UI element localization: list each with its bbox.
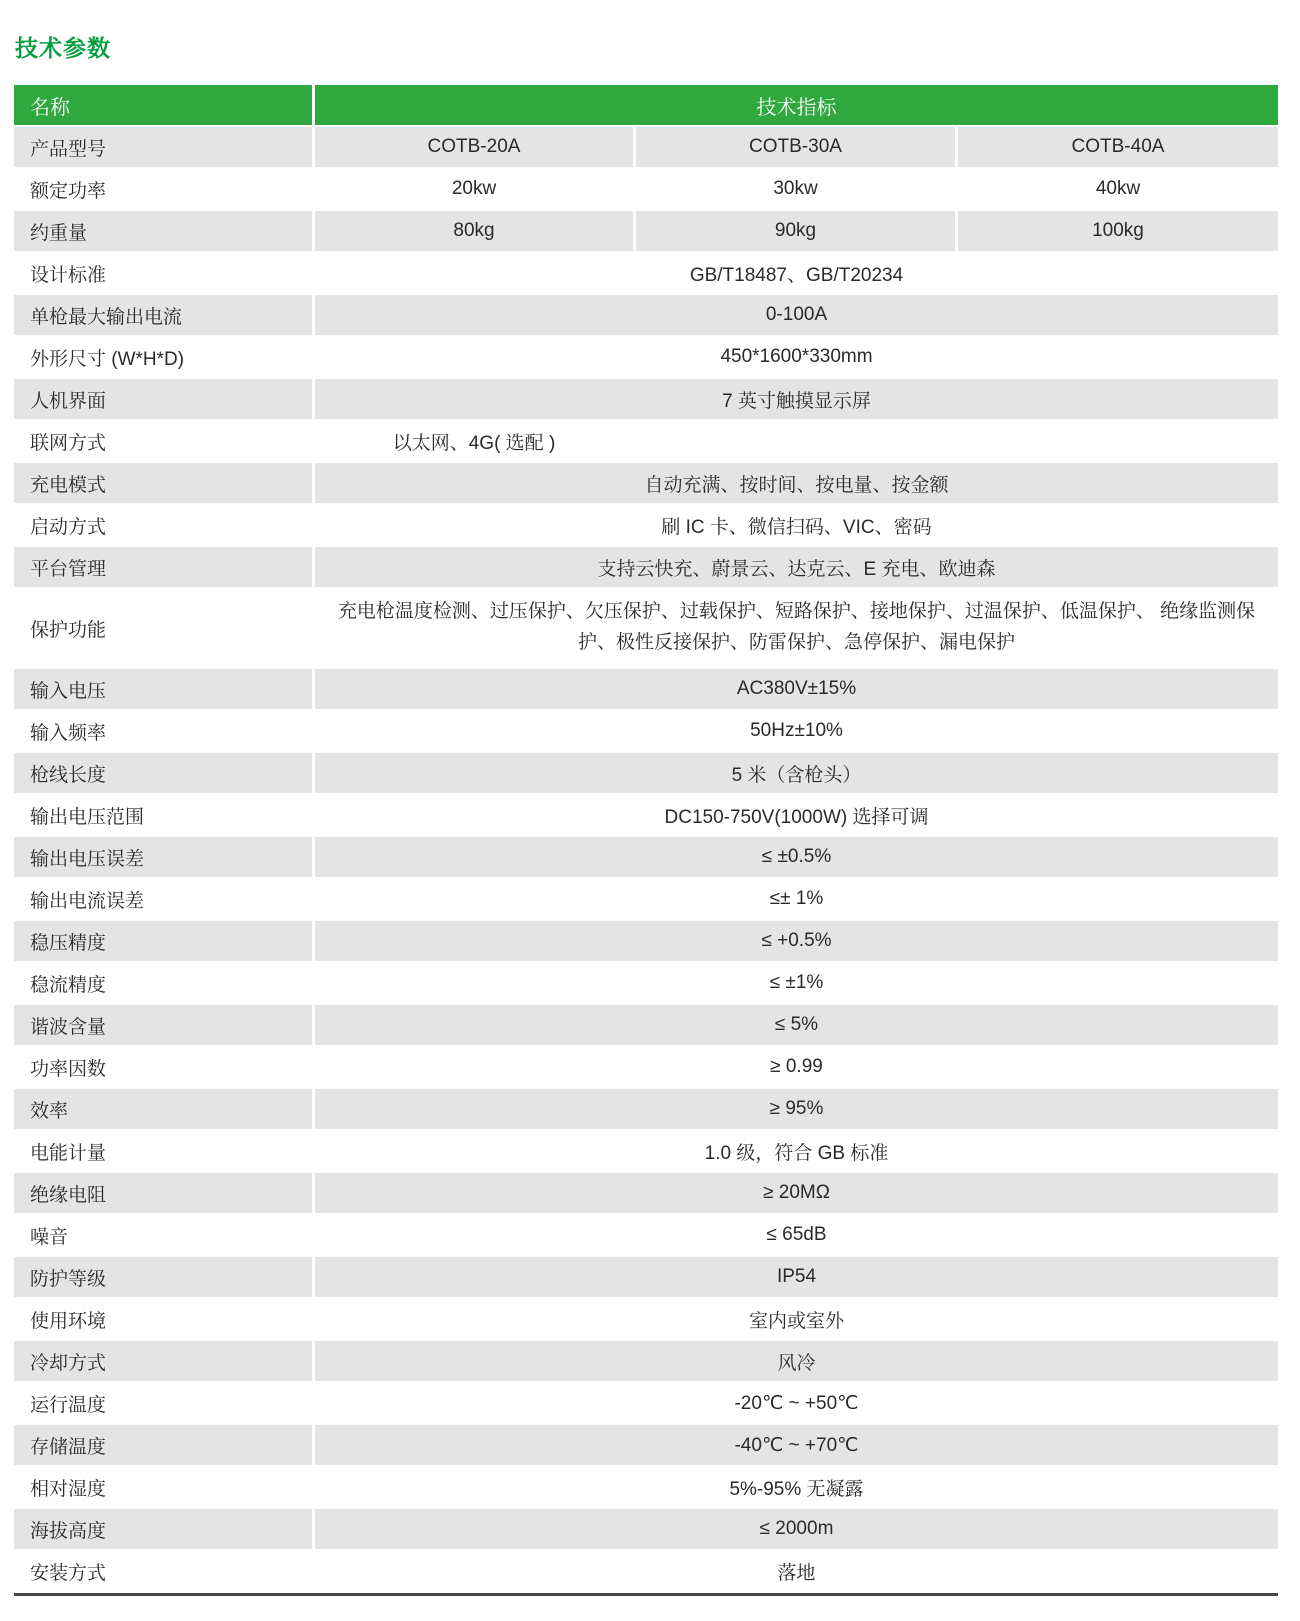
row-value-cell: COTB-30A <box>636 127 955 167</box>
row-name-cell: 外形尺寸 (W*H*D) <box>14 337 312 377</box>
row-value-cell: -20℃ ~ +50℃ <box>315 1383 1278 1423</box>
row-name-cell: 输出电流误差 <box>14 879 312 919</box>
row-name-cell: 谐波含量 <box>14 1005 312 1045</box>
row-value-cell: ≤ +0.5% <box>315 921 1278 961</box>
row-value-cell: 自动充满、按时间、按电量、按金额 <box>315 463 1278 503</box>
row-value-cell: 450*1600*330mm <box>315 337 1278 377</box>
row-name-cell: 电能计量 <box>14 1131 312 1171</box>
row-name-cell: 稳流精度 <box>14 963 312 1003</box>
row-value-cell: ≤ ±0.5% <box>315 837 1278 877</box>
row-name-cell: 运行温度 <box>14 1383 312 1423</box>
row-name-cell: 冷却方式 <box>14 1341 312 1381</box>
row-name-cell: 启动方式 <box>14 505 312 545</box>
row-value-cell: 40kw <box>958 169 1278 209</box>
row-name-cell: 功率因数 <box>14 1047 312 1087</box>
row-value-cell: 50Hz±10% <box>315 711 1278 751</box>
row-value-cell: ≤ 2000m <box>315 1509 1278 1549</box>
row-value-cell: 充电枪温度检测、过压保护、欠压保护、过载保护、短路保护、接地保护、过温保护、低温… <box>315 589 1278 667</box>
row-value-cell: 刷 IC 卡、微信扫码、VIC、密码 <box>315 505 1278 545</box>
row-name-cell: 海拔高度 <box>14 1509 312 1549</box>
row-value-cell: 以太网、4G( 选配 ) <box>315 421 633 461</box>
row-value-cell: 室内或室外 <box>315 1299 1278 1339</box>
row-value-cell: ≤ ±1% <box>315 963 1278 1003</box>
row-name-cell: 枪线长度 <box>14 753 312 793</box>
row-name-cell: 输入电压 <box>14 669 312 709</box>
row-value-cell: -40℃ ~ +70℃ <box>315 1425 1278 1465</box>
row-value-cell: 7 英寸触摸显示屏 <box>315 379 1278 419</box>
table-header-spec: 技术指标 <box>315 85 1278 125</box>
row-name-cell: 输出电压误差 <box>14 837 312 877</box>
row-value-cell: 20kw <box>315 169 633 209</box>
row-value-cell: 1.0 级，符合 GB 标准 <box>315 1131 1278 1171</box>
row-name-cell: 人机界面 <box>14 379 312 419</box>
row-name-cell: 单枪最大输出电流 <box>14 295 312 335</box>
table-bottom-rule <box>14 1593 1278 1596</box>
row-name-cell: 输出电压范围 <box>14 795 312 835</box>
row-name-cell: 噪音 <box>14 1215 312 1255</box>
row-value-cell: ≤ 65dB <box>315 1215 1278 1255</box>
table-header-name: 名称 <box>14 85 312 125</box>
row-value-cell: COTB-20A <box>315 127 633 167</box>
row-value-cell: 30kw <box>636 169 955 209</box>
row-value-cell: DC150-750V(1000W) 选择可调 <box>315 795 1278 835</box>
row-value-cell: 0-100A <box>315 295 1278 335</box>
row-name-cell: 防护等级 <box>14 1257 312 1297</box>
row-value-cell: 5%-95% 无凝露 <box>315 1467 1278 1507</box>
row-name-cell: 绝缘电阻 <box>14 1173 312 1213</box>
row-value-cell: 80kg <box>315 211 633 251</box>
spec-table: 名称 技术指标 产品型号COTB-20ACOTB-30ACOTB-40A额定功率… <box>14 85 1278 1591</box>
row-name-cell: 相对湿度 <box>14 1467 312 1507</box>
row-value-cell: 90kg <box>636 211 955 251</box>
row-name-cell: 充电模式 <box>14 463 312 503</box>
row-name-cell: 平台管理 <box>14 547 312 587</box>
row-value-cell: 支持云快充、蔚景云、达克云、E 充电、欧迪森 <box>315 547 1278 587</box>
row-name-cell: 存储温度 <box>14 1425 312 1465</box>
row-value-cell: ≥ 0.99 <box>315 1047 1278 1087</box>
row-value-cell: 落地 <box>315 1551 1278 1591</box>
row-value-cell: ≤± 1% <box>315 879 1278 919</box>
row-name-cell: 联网方式 <box>14 421 312 461</box>
row-name-cell: 额定功率 <box>14 169 312 209</box>
row-name-cell: 保护功能 <box>14 589 312 667</box>
row-name-cell: 效率 <box>14 1089 312 1129</box>
row-value-cell: 5 米（含枪头） <box>315 753 1278 793</box>
row-name-cell: 稳压精度 <box>14 921 312 961</box>
row-value-cell: ≥ 20MΩ <box>315 1173 1278 1213</box>
row-name-cell: 输入频率 <box>14 711 312 751</box>
row-name-cell: 产品型号 <box>14 127 312 167</box>
row-name-cell: 使用环境 <box>14 1299 312 1339</box>
row-value-cell: COTB-40A <box>958 127 1278 167</box>
row-value-cell: IP54 <box>315 1257 1278 1297</box>
row-value-cell: GB/T18487、GB/T20234 <box>315 253 1278 293</box>
row-value-cell: 风冷 <box>315 1341 1278 1381</box>
page-title: 技术参数 <box>15 30 111 63</box>
row-value-cell: AC380V±15% <box>315 669 1278 709</box>
row-name-cell: 约重量 <box>14 211 312 251</box>
row-value-cell: 100kg <box>958 211 1278 251</box>
row-value-cell: ≤ 5% <box>315 1005 1278 1045</box>
row-filler-cell <box>636 421 1278 461</box>
row-name-cell: 设计标准 <box>14 253 312 293</box>
row-name-cell: 安装方式 <box>14 1551 312 1591</box>
row-value-cell: ≥ 95% <box>315 1089 1278 1129</box>
